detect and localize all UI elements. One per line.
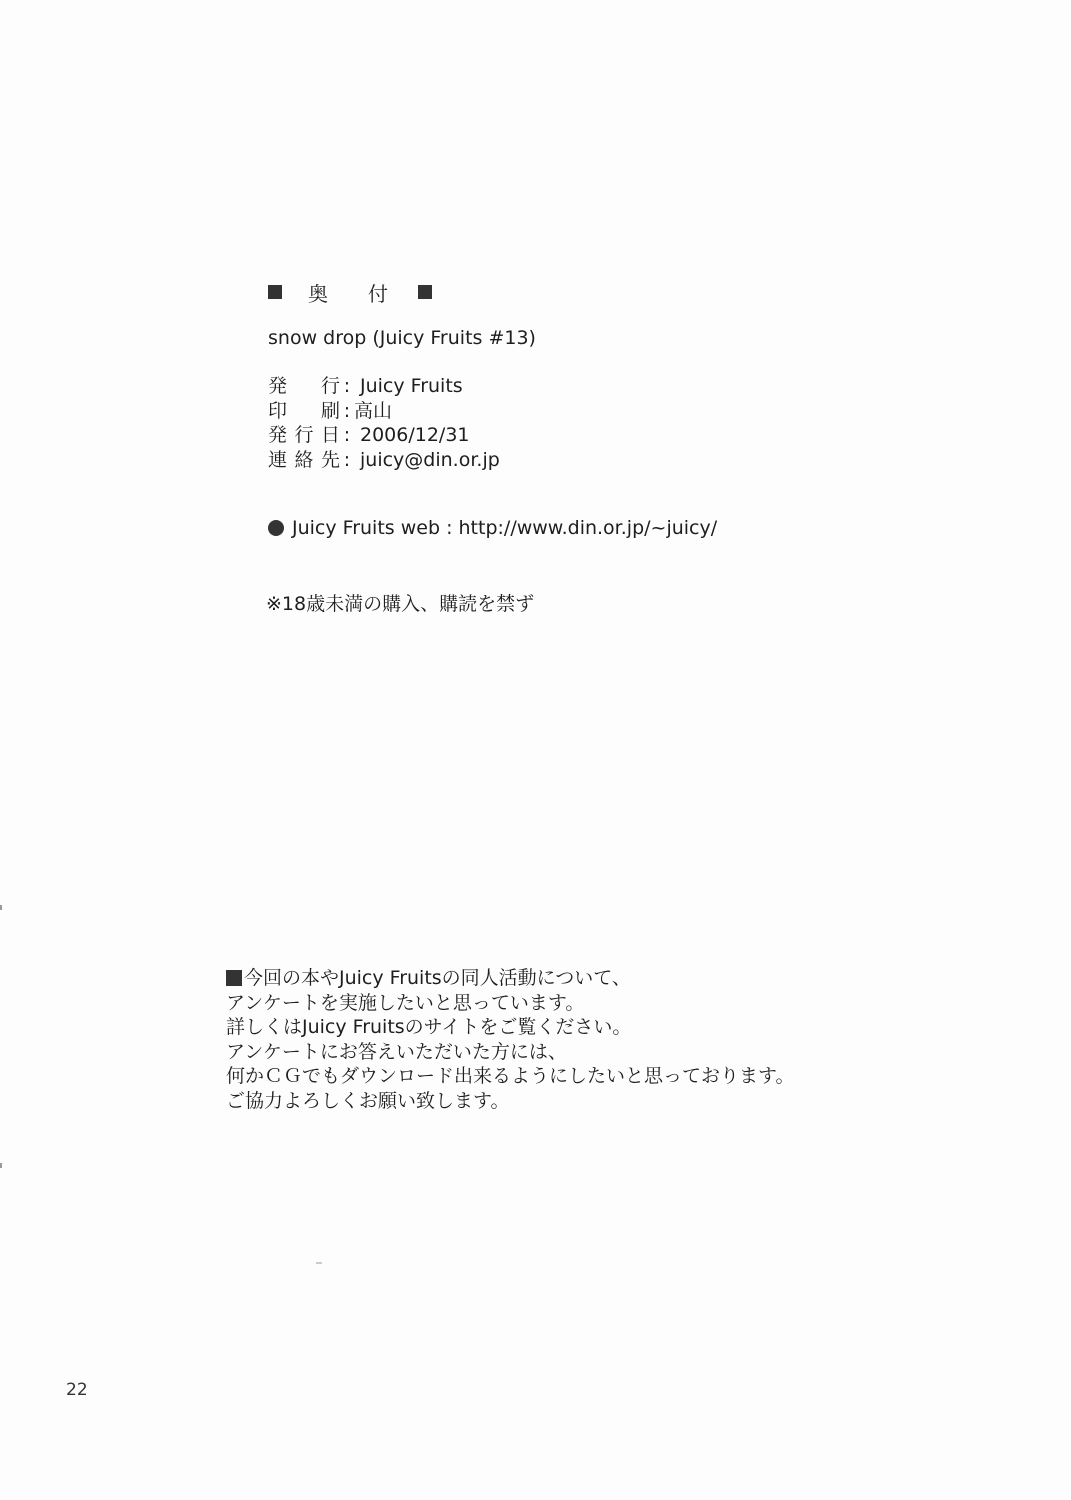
info-row-contact: 連絡先 : juicy@din.or.jp	[268, 448, 500, 473]
info-label: 発 行	[268, 374, 340, 399]
colophon-heading: 奥 付	[268, 280, 432, 304]
info-row-date: 発行日 : 2006/12/31	[268, 423, 500, 448]
info-value: 高山	[354, 399, 392, 424]
website-line: Juicy Fruits web : http://www.din.or.jp/…	[268, 517, 717, 539]
notice-line: 今回の本やJuicy Fruitsの同人活動について、	[226, 966, 794, 991]
info-separator: :	[340, 423, 354, 448]
website-label: Juicy Fruits web	[292, 517, 440, 539]
notice-line: 何かＣＧでもダウンロード出来るようにしたいと思っております。	[226, 1064, 794, 1089]
notice-line: ご協力よろしくお願い致します。	[226, 1089, 794, 1114]
notice-text: 今回の本やJuicy Fruitsの同人活動について、	[244, 966, 631, 991]
scan-edge-mark	[0, 1163, 2, 1168]
info-row-publisher: 発 行 : Juicy Fruits	[268, 374, 500, 399]
book-page: 奥 付 snow drop (Juicy Fruits #13) 発 行 : J…	[0, 0, 1071, 1500]
info-label: 発行日	[268, 423, 340, 448]
scan-edge-mark	[0, 905, 2, 910]
notice-line: アンケートを実施したいと思っています。	[226, 991, 794, 1016]
info-row-printer: 印 刷 : 高山	[268, 399, 500, 424]
age-restriction-warning: ※18歳未満の購入、購読を禁ず	[266, 589, 534, 616]
book-title: snow drop (Juicy Fruits #13)	[268, 327, 536, 349]
square-bullet-icon	[268, 285, 282, 299]
info-label: 印 刷	[268, 399, 340, 424]
scan-speck	[316, 1262, 322, 1264]
notice-line: アンケートにお答えいただいた方には、	[226, 1040, 794, 1065]
info-value: Juicy Fruits	[360, 374, 463, 399]
circle-bullet-icon	[268, 520, 284, 536]
info-value: juicy@din.or.jp	[360, 448, 500, 473]
info-label: 連絡先	[268, 448, 340, 473]
info-value: 2006/12/31	[360, 423, 470, 448]
colophon-info: 発 行 : Juicy Fruits 印 刷 : 高山 発行日 : 2006/1…	[268, 374, 500, 472]
info-separator: :	[340, 374, 354, 399]
page-number: 22	[66, 1380, 88, 1400]
website-url: http://www.din.or.jp/~juicy/	[459, 517, 718, 539]
info-separator: :	[340, 448, 354, 473]
square-bullet-icon	[226, 970, 242, 986]
heading-char-2: 付	[368, 278, 388, 307]
survey-notice: 今回の本やJuicy Fruitsの同人活動について、 アンケートを実施したいと…	[226, 966, 794, 1114]
heading-char-1: 奥	[308, 278, 328, 307]
square-bullet-icon	[418, 285, 432, 299]
notice-line: 詳しくはJuicy Fruitsのサイトをご覧ください。	[226, 1015, 794, 1040]
info-separator: :	[340, 399, 354, 424]
